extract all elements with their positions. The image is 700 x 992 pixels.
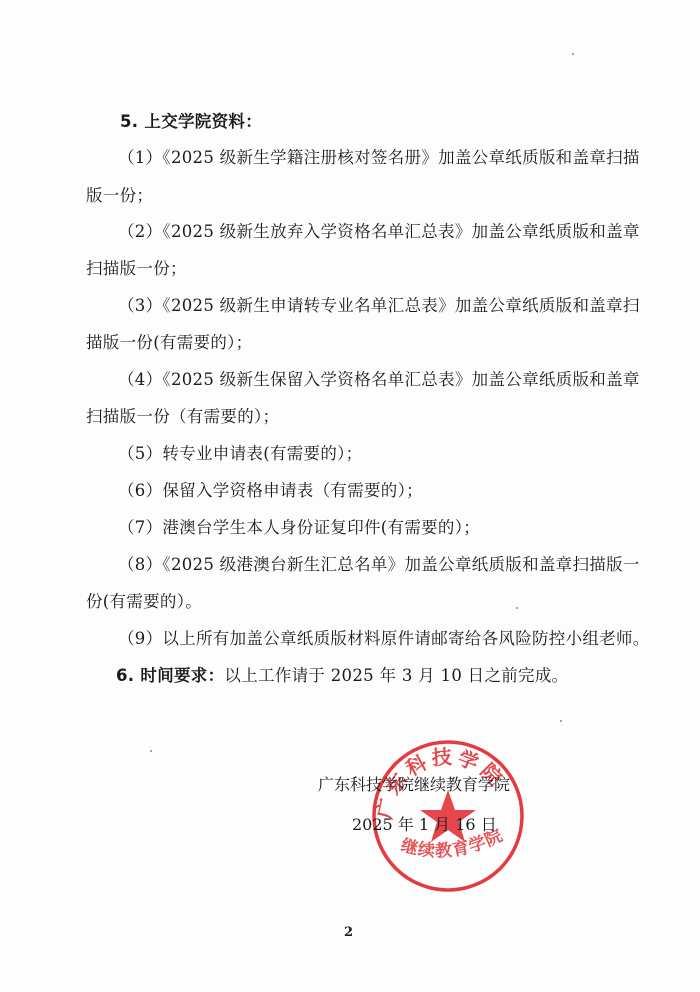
signature-organization: 广东科技学院继续教育学院 — [318, 775, 510, 795]
item-4-line-2: 扫描版一份（有需要的）； — [86, 407, 279, 427]
item-8-line-2: 份(有需要的）。 — [86, 592, 202, 612]
item-3-line-1: （3）《2025 级新生申请转专业名单汇总表》加盖公章纸质版和盖章扫 — [118, 296, 640, 316]
document-page: 5. 上交学院资料： （1）《2025 级新生学籍注册核对签名册》加盖公章纸质版… — [0, 0, 700, 992]
item-1-line-1: （1）《2025 级新生学籍注册核对签名册》加盖公章纸质版和盖章扫描 — [118, 148, 640, 168]
item-2-line-1: （2）《2025 级新生放弃入学资格名单汇总表》加盖公章纸质版和盖章 — [118, 222, 640, 242]
item-5: （5）转专业申请表(有需要的）； — [118, 444, 363, 464]
item-6: （6）保留入学资格申请表（有需要的）； — [118, 481, 423, 501]
signature-date: 2025 年 1 月 16 日 — [352, 815, 497, 835]
page-number: 2 — [344, 925, 353, 940]
scan-speck — [560, 720, 562, 722]
scan-speck — [150, 750, 152, 752]
item-2-line-2: 扫描版一份； — [86, 259, 187, 279]
item-8-line-1: （8）《2025 级港澳台新生汇总名单》加盖公章纸质版和盖章扫描版一 — [118, 555, 640, 575]
item-3-line-2: 描版一份(有需要的）； — [86, 333, 253, 353]
item-9: （9）以上所有加盖公章纸质版材料原件请邮寄给各风险防控小组老师。 — [118, 629, 650, 649]
section-6: 6. 时间要求：以上工作请于 2025 年 3 月 10 日之前完成。 — [116, 666, 568, 686]
section-6-heading: 6. 时间要求： — [116, 666, 224, 685]
scan-speck — [572, 53, 574, 55]
section-5-heading: 5. 上交学院资料： — [120, 112, 262, 132]
item-4-line-1: （4）《2025 级新生保留入学资格名单汇总表》加盖公章纸质版和盖章 — [118, 370, 640, 390]
section-6-text: 以上工作请于 2025 年 3 月 10 日之前完成。 — [224, 666, 568, 685]
scan-speck — [516, 607, 518, 609]
item-1-line-2: 版一份； — [86, 186, 153, 206]
item-7: （7）港澳台学生本人身份证复印件(有需要的）； — [118, 518, 480, 538]
